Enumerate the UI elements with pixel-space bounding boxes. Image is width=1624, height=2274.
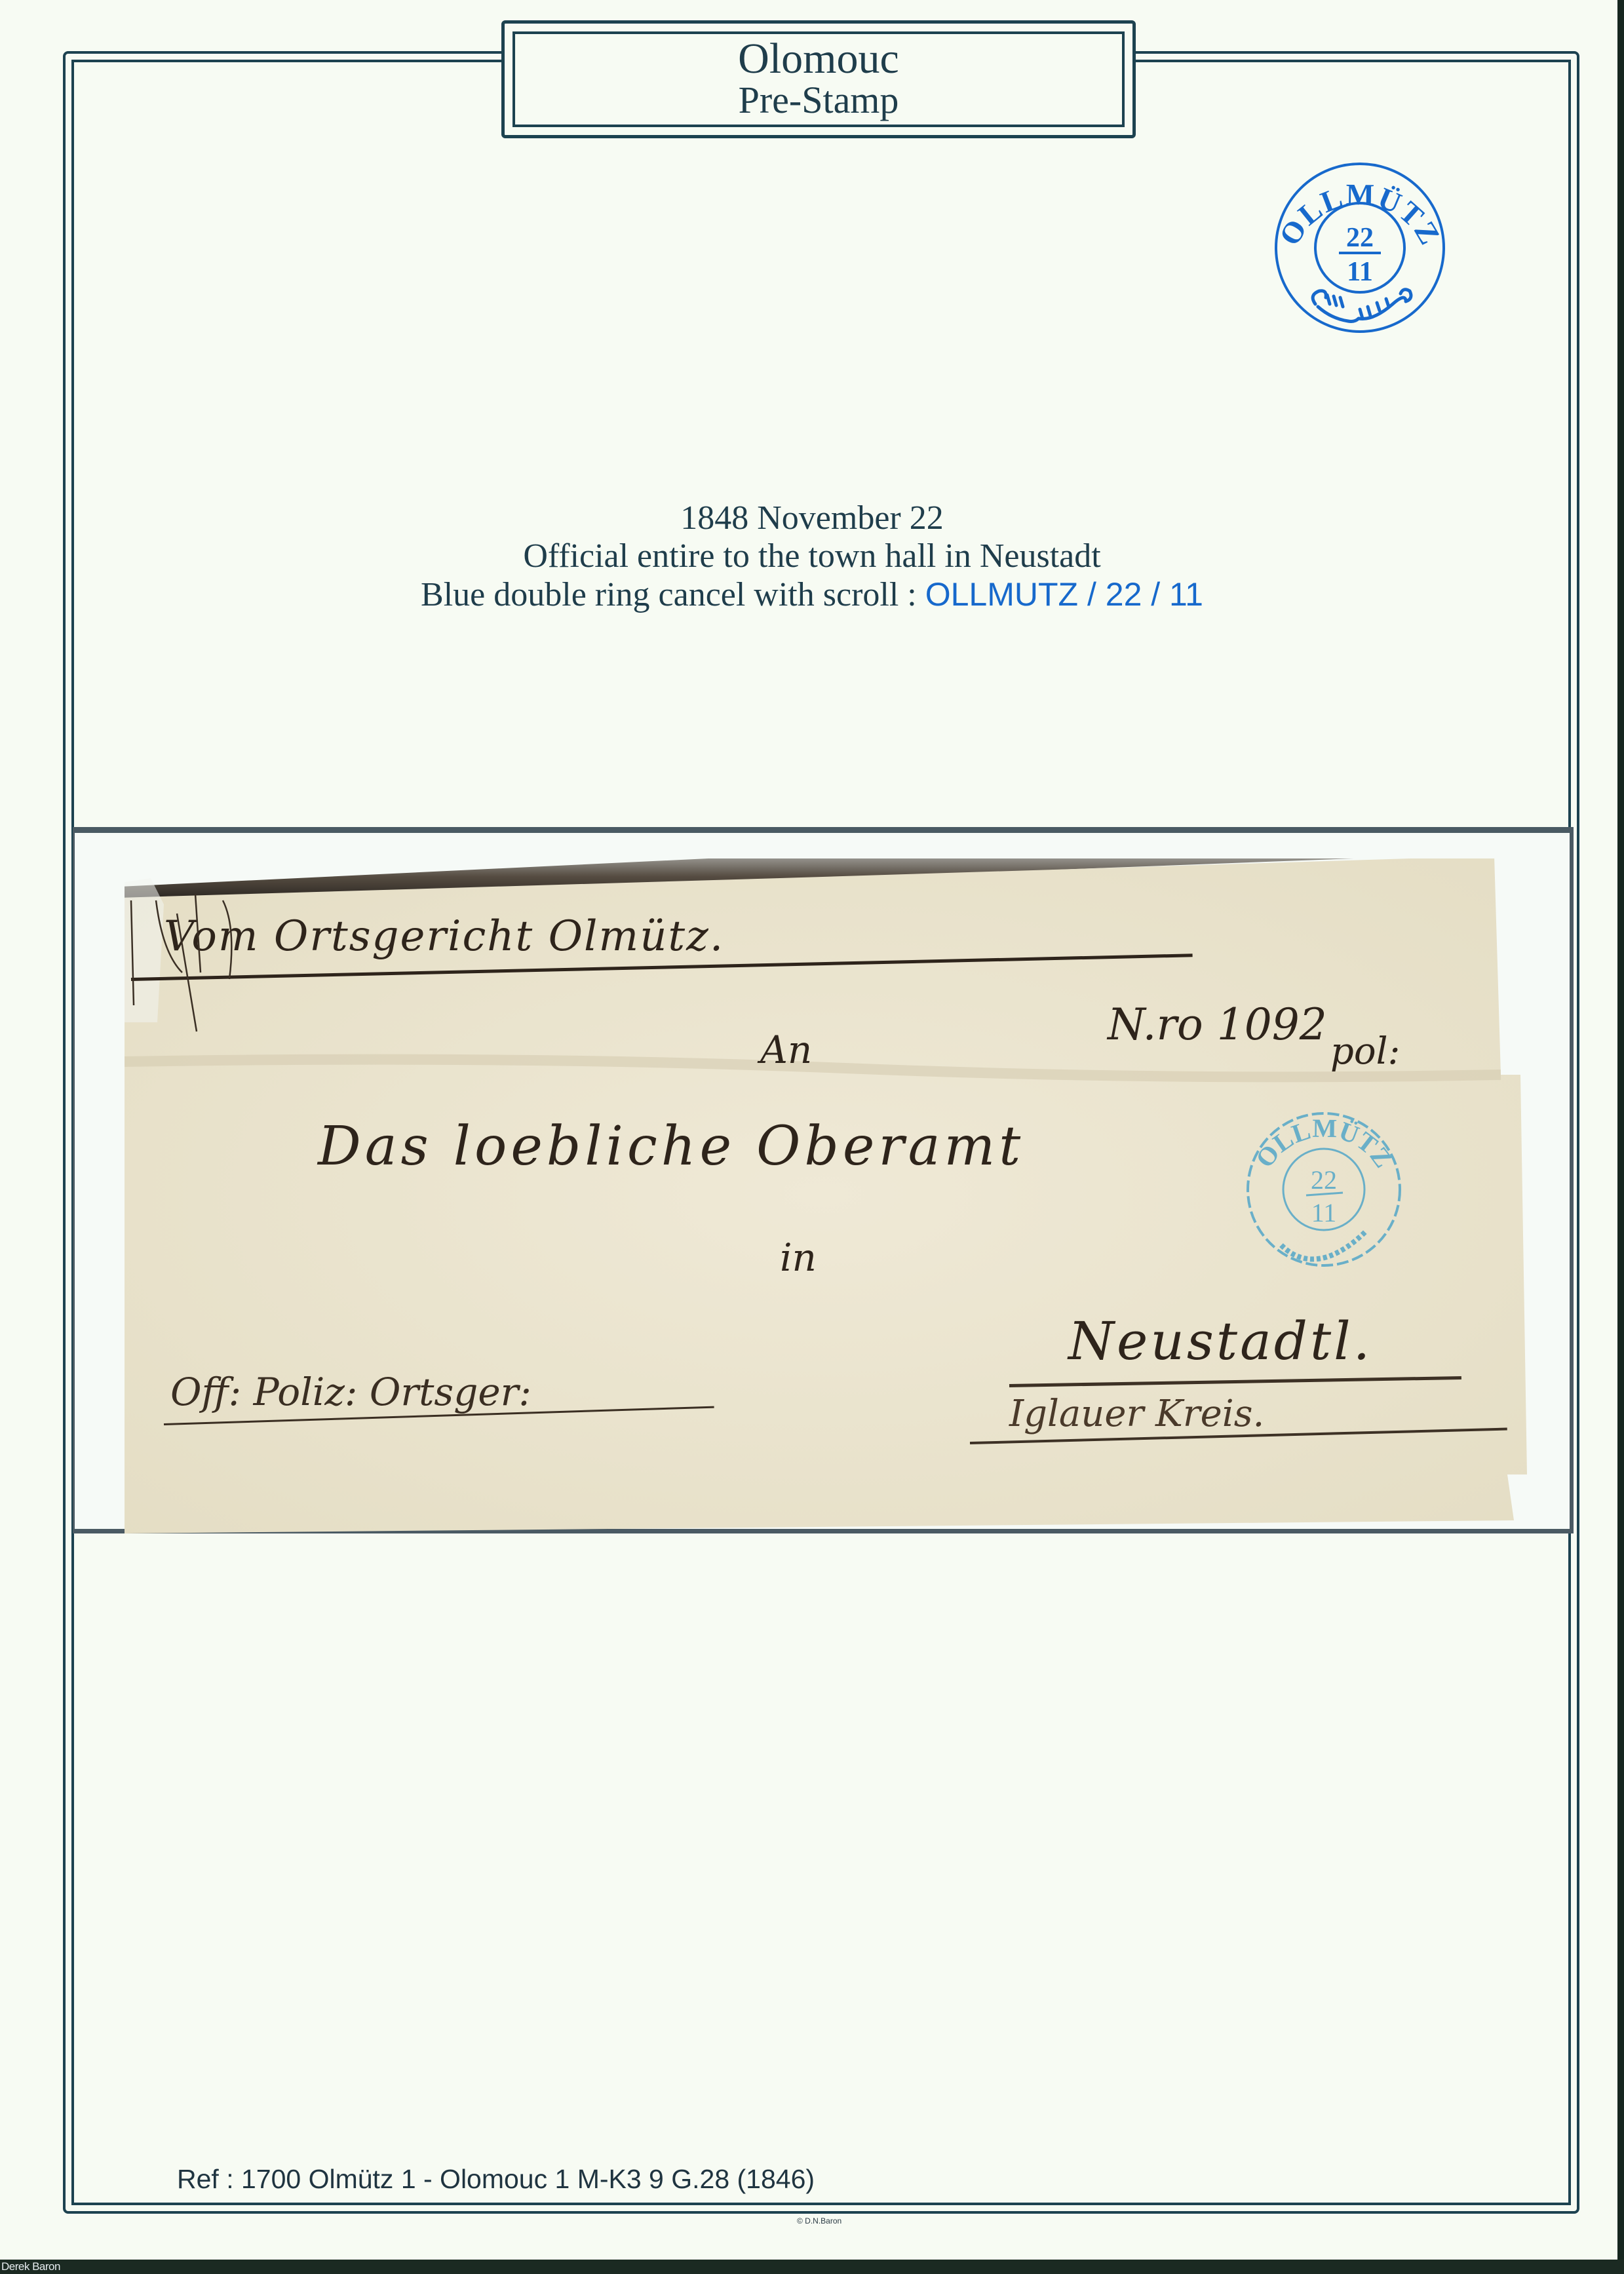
cover-description: 1848 November 22 Official entire to the … xyxy=(0,499,1624,614)
address-an: An xyxy=(760,1028,812,1072)
description-cancel-value: OLLMUTZ / 22 / 11 xyxy=(925,576,1203,613)
page-title: Olomouc xyxy=(738,38,899,80)
destination-district: Iglauer Kreis. xyxy=(1009,1393,1264,1435)
scanner-label: Derek Baron xyxy=(1,2260,60,2273)
catalogue-reference: Ref : 1700 Olmütz 1 - Olomouc 1 M-K3 9 G… xyxy=(177,2164,815,2195)
description-cancel-prefix: Blue double ring cancel with scroll : xyxy=(421,576,925,613)
docket-scribble xyxy=(125,874,282,1045)
description-date: 1848 November 22 xyxy=(0,499,1624,537)
description-cancel: Blue double ring cancel with scroll : OL… xyxy=(0,575,1624,614)
scanner-edge-bottom xyxy=(0,2260,1624,2274)
description-item: Official entire to the town hall in Neus… xyxy=(0,537,1624,575)
address-in: in xyxy=(780,1235,817,1280)
destination-town: Neustadtl. xyxy=(1068,1311,1372,1372)
cancel-illustration: OLLMÜTZ 22 11 xyxy=(1262,149,1458,346)
copyright-notice: © D.N.Baron xyxy=(797,2216,841,2226)
svg-text:22: 22 xyxy=(1346,223,1374,253)
svg-text:11: 11 xyxy=(1311,1198,1337,1227)
title-box: Olomouc Pre-Stamp xyxy=(501,20,1136,138)
addressee: Das loebliche Oberamt xyxy=(318,1115,1024,1178)
service-note: Off: Poliz: Ortsger: xyxy=(170,1370,532,1414)
envelope-entire: Vom Ortsgericht Olmütz. N.ro 1092 pol: A… xyxy=(125,858,1566,1533)
title-box-inner: Olomouc Pre-Stamp xyxy=(512,31,1125,127)
double-ring-cancel-icon: OLLMÜTZ 22 11 xyxy=(1262,149,1458,346)
page-subtitle: Pre-Stamp xyxy=(739,80,899,121)
postmark-icon: OLLMÜTZ 22 11 xyxy=(1235,1101,1412,1278)
svg-text:22: 22 xyxy=(1311,1165,1337,1195)
registry-suffix: pol: xyxy=(1330,1030,1400,1073)
svg-text:11: 11 xyxy=(1347,257,1373,287)
registry-number: N.ro 1092 xyxy=(1108,999,1327,1050)
scanner-edge-right xyxy=(1617,0,1624,2274)
svg-text:OLLMÜTZ: OLLMÜTZ xyxy=(1250,1113,1399,1173)
